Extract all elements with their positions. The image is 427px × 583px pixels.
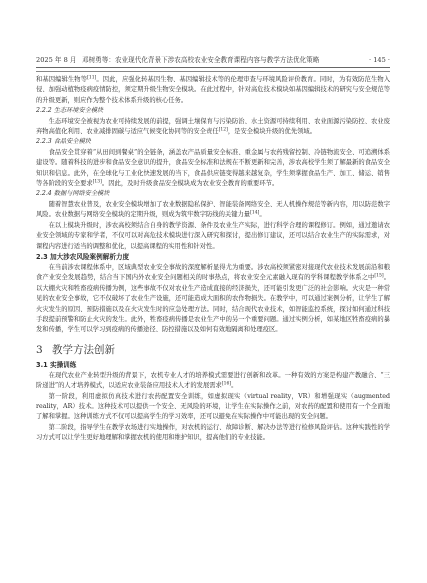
section-heading-2-3: 2.3 加大涉农风险案例解析力度 <box>36 252 390 263</box>
paragraph-stage-one: 第一阶段，利用虚拟仿真技术进行农药配置安全训练，如虚拟现实（virtual re… <box>36 392 390 423</box>
paragraph-biosafety-end: 和基因编辑生物等[11]。因此，应强化转基因生物、基因编辑技术等的伦理审查与环境… <box>36 75 390 106</box>
paragraph-risk-cases: 在当前涉农课程体系中，区域典型农业安全事故的深度解析显得尤为重要。涉农高校须紧密… <box>36 263 390 336</box>
page-number: · 145 · <box>369 56 390 65</box>
running-head: 2025 年 8 月 邓树勇等：农业现代化背景下涉农高校农业安全教育课程内容与教… <box>36 56 390 65</box>
subsection-heading-2-2-3: 2.2.3 食品安全模块 <box>36 137 390 147</box>
paragraph-eco-safety: 生态环境安全被视为农业可持续发展的前提，强调土壤保育与污染防治、水土资源可持续利… <box>36 117 390 138</box>
citation-ref[interactable]: [14] <box>250 211 259 216</box>
article-body: 和基因编辑生物等[11]。因此，应强化转基因生物、基因编辑技术等的伦理审查与环境… <box>36 75 390 444</box>
journal-page: 2025 年 8 月 邓树勇等：农业现代化背景下涉农高校农业安全教育课程内容与教… <box>36 56 390 444</box>
subsection-heading-2-2-2: 2.2.2 生态环境安全模块 <box>36 106 390 116</box>
section-heading-3: 3教学方法创新 <box>36 344 390 357</box>
citation-ref[interactable]: [15] <box>374 274 383 279</box>
citation-ref[interactable]: [13] <box>93 180 102 185</box>
citation-ref[interactable]: [16] <box>222 382 231 387</box>
header-double-rule <box>36 67 390 72</box>
paragraph-module-upgrade: 在以上模块升级时，涉农高校须结合自身的教学资源、条件及农业生产实际，进行科学合理… <box>36 221 390 252</box>
citation-ref[interactable]: [12] <box>219 128 228 133</box>
paragraph-training-model: 在现代农业产业转型升级的背景下，农机专业人才的培养模式需要进行创新和改革。一种有… <box>36 371 390 392</box>
section-number: 3 <box>36 344 52 357</box>
citation-ref[interactable]: [11] <box>87 76 96 81</box>
section-heading-3-1: 3.1 实操训练 <box>36 360 390 371</box>
running-title: 邓树勇等：农业现代化背景下涉农高校农业安全教育课程内容与教学方法优化策略 <box>82 56 365 65</box>
issue-date: 2025 年 8 月 <box>36 56 82 65</box>
subsection-heading-2-2-4: 2.2.4 数据与网络安全模块 <box>36 189 390 199</box>
paragraph-data-security: 随着智慧农业普及，农业安全模块增加了农业数据隐私保护、智能装备网络安全、无人机操… <box>36 200 390 221</box>
paragraph-stage-two: 第二阶段，指导学生在教学农场进行实地操作，对农机的运行、故障诊断、解决办法等进行… <box>36 423 390 444</box>
section-title: 教学方法创新 <box>52 344 115 356</box>
paragraph-food-safety: 食品安全贯穿着“从田间到餐桌”的全链条，涵盖农产品质量安全标准、重金属与农药残留… <box>36 148 390 190</box>
